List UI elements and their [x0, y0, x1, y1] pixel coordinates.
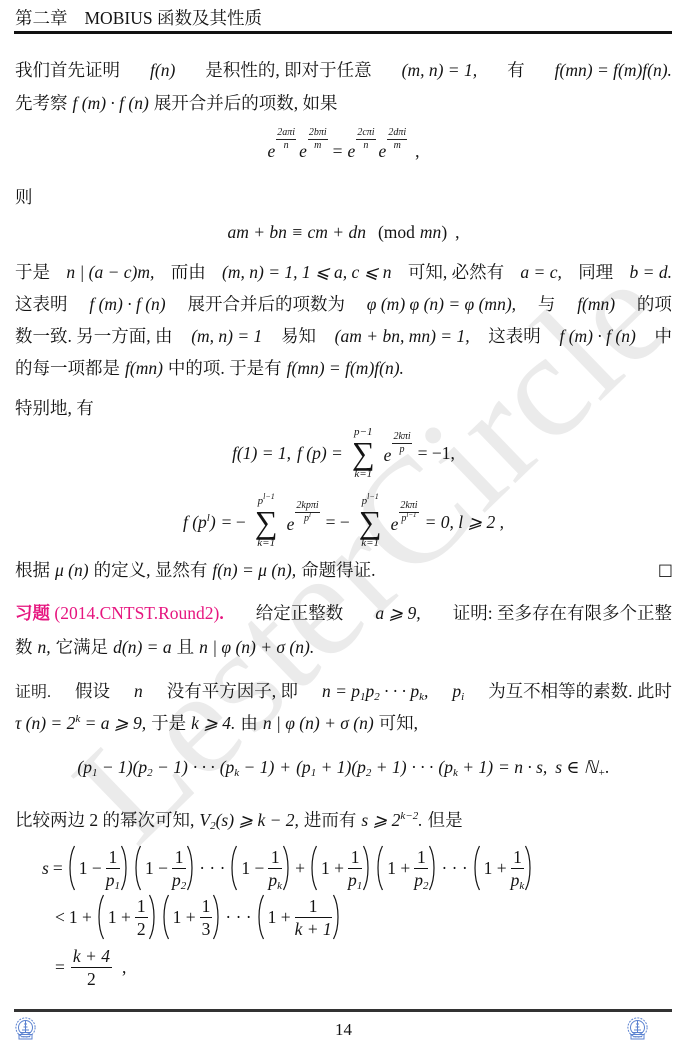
sum-symbol: ∑ — [352, 438, 375, 468]
text-segment: 则 — [15, 184, 33, 210]
mod-open: (mod — [378, 222, 415, 243]
den-base: p — [348, 870, 357, 890]
factor-close: + 1) — [316, 757, 351, 777]
exp-term: e2bπim — [299, 137, 328, 162]
den-base: p — [414, 870, 423, 890]
text-segment: 可知, — [379, 710, 418, 736]
factor-open: (p — [220, 757, 235, 777]
text-segment: 进而有 — [304, 807, 357, 833]
exp-base: e — [384, 445, 392, 465]
equation-s-row-1: s = 1 −1p1 1 −1p2 · · · 1 −1pk + 1 +1p1 … — [42, 843, 533, 893]
left-paren — [96, 894, 105, 940]
text-segment: 假设 — [75, 678, 110, 704]
text-segment: 的定义, 显然有 — [94, 557, 208, 583]
math-inline: V2(s) ⩾ k − 2, — [199, 807, 299, 833]
math-inline: (m, n) = 1, — [402, 57, 477, 83]
right-paren — [212, 894, 221, 940]
numerator: 2kpπi — [295, 501, 319, 513]
exp-base: e — [348, 141, 356, 161]
sum-lower-limit: k=1 — [257, 537, 275, 549]
left-paren — [375, 845, 384, 891]
exp-fraction: 2bπim — [308, 128, 328, 151]
math-inline: f(mn) = f(m)f(n). — [555, 57, 672, 83]
denominator: p1 — [348, 869, 362, 890]
punctuation: , — [122, 957, 126, 978]
qed-box: □ — [658, 558, 673, 582]
text-segment: 它满足 — [56, 634, 109, 660]
factor: 1 +1p1 — [309, 845, 371, 891]
math-inline: n = p1p2 · · · pk, — [322, 678, 428, 704]
numerator: 1 — [106, 847, 120, 869]
right-paren — [362, 845, 371, 891]
factor: 1 +1k + 1 — [256, 894, 341, 940]
math-expression: f (pl) — [183, 512, 216, 533]
text-segment: 我们首先证明 — [15, 57, 120, 83]
exp-fraction: 2cπin — [356, 128, 375, 151]
right-paren — [186, 845, 195, 891]
exercise-label-dot: . — [219, 603, 223, 623]
denominator: p1 — [106, 869, 120, 890]
text-segment: 证明: 至多存在有限多个正整 — [453, 600, 672, 626]
exp-fraction: 2aπin — [276, 128, 296, 151]
equation-product-identity: (p1 − 1)(p2 − 1)· · ·(pk − 1)+(p1 + 1)(p… — [15, 757, 672, 783]
numerator: 1 — [295, 896, 332, 918]
intro-line-2: 先考察 f (m) · f (n) 展开合并后的项数, 如果 — [15, 90, 672, 116]
relation: = − — [326, 512, 350, 533]
factor-open: (p — [296, 757, 311, 777]
numerator: 1 — [511, 847, 525, 869]
factor-open: (p — [133, 757, 148, 777]
math-inline: a ⩾ 9, — [375, 600, 420, 626]
intro-line-1: 我们首先证明 f(n) 是积性的, 即对于任意 (m, n) = 1, 有 f(… — [15, 57, 672, 83]
numerator: 1 — [414, 847, 428, 869]
relation: = − — [222, 512, 246, 533]
factor-close: − 1) — [153, 757, 188, 777]
right-paren — [428, 845, 437, 891]
factor: 1 +12 — [96, 894, 157, 940]
equation-exponential-identity: e2aπin e2bπim = e2cπin e2dπim , — [15, 137, 672, 167]
factor-sign: 1 + — [108, 907, 131, 928]
text-segment: 先考察 — [15, 90, 68, 116]
ellipsis: · · · — [199, 858, 225, 879]
text-segment: 没有平方因子, 即 — [167, 678, 298, 704]
fraction: 13 — [200, 896, 213, 939]
math-inline: f(mn) — [125, 355, 163, 381]
factor-open: (p — [351, 757, 366, 777]
right-paren — [524, 845, 533, 891]
math-inline: d(n) = a — [113, 634, 171, 660]
denominator: m — [308, 140, 328, 151]
sum-lower-limit: k=1 — [361, 537, 379, 549]
left-paren — [256, 894, 265, 940]
math-inline: n | φ (n) + σ (n). — [199, 634, 314, 660]
factor: 1 +1pk — [472, 845, 534, 891]
factor-sign: 1 + — [268, 907, 291, 928]
factor-sign: 1 − — [145, 858, 168, 879]
left-paren — [472, 845, 481, 891]
factor-sign: 1 + — [387, 858, 410, 879]
mod-variable: mn — [420, 222, 441, 243]
den-base: p — [172, 870, 181, 890]
factor-close: + 1) — [371, 757, 406, 777]
numerator: 1 — [348, 847, 362, 869]
equation-s-row-2: < 1 + 1 +12 1 +13 · · · 1 +1k + 1 — [55, 892, 341, 942]
exercise-line-2: 数 n, 它满足 d(n) = a 且 n | φ (n) + σ (n). — [15, 634, 672, 660]
math-inline: n | φ (n) + σ (n) — [263, 710, 374, 736]
denominator: 2 — [71, 968, 112, 989]
exp-fraction: 2kπip — [392, 432, 411, 455]
numerator: 2aπi — [276, 128, 296, 140]
text-segment: 同理 — [578, 259, 613, 285]
exercise-heading: 习题 (2014.CNTST.Round2). — [15, 600, 224, 626]
para1-line-4: 的每一项都是 f(mn) 中的项. 于是有 f(mn) = f(m)f(n). — [15, 355, 672, 381]
denominator: 3 — [200, 918, 213, 939]
exp-term: e2kpπipl — [287, 510, 320, 535]
chapter-label: 第二章 — [15, 8, 68, 28]
chapter-title: MOBIUS 函数及其性质 — [85, 8, 262, 28]
factor: 1 +1p2 — [375, 845, 437, 891]
numerator: 1 — [172, 847, 186, 869]
factor-open: (p — [438, 757, 453, 777]
math-expression: (p1 − 1)(p2 − 1)· · ·(pk − 1)+(p1 + 1)(p… — [77, 757, 609, 778]
fraction: 1p2 — [172, 847, 186, 890]
left-paren — [309, 845, 318, 891]
right-paren — [120, 845, 129, 891]
numerator: 1 — [268, 847, 282, 869]
text-segment: 而由 — [171, 259, 206, 285]
math-expression: f (p) = — [297, 443, 343, 464]
fraction: 1pk — [268, 847, 282, 890]
text-segment: 的项 — [637, 291, 672, 317]
math-part: = a ⩾ 9, — [80, 713, 146, 733]
lhs-open: f (p — [183, 512, 207, 532]
math-part: · · · p — [380, 681, 419, 701]
factor-sign: 1 + — [321, 858, 344, 879]
factor: 1 −1p2 — [133, 845, 195, 891]
text-segment: 于是 — [15, 259, 50, 285]
math-inline: a = c, — [520, 259, 561, 285]
fraction: k + 42 — [71, 946, 112, 989]
para1-line-3: 数一致. 另一方面, 由 (m, n) = 1 易知 (am + bn, mn)… — [15, 323, 672, 349]
math-inline: n, — [38, 634, 51, 660]
math-inline: (m, n) = 1, 1 ⩽ a, c ⩽ n — [222, 259, 391, 285]
text-segment: 且 — [177, 634, 195, 660]
text-segment: 有 — [507, 57, 525, 83]
text-segment: 命题得证. — [301, 557, 375, 583]
summation: pl−1∑k=1 — [255, 495, 278, 549]
math-expression: = −1, — [418, 443, 455, 464]
equation-congruence: am + bn ≡ cm + dn (mod mn) , — [15, 222, 672, 248]
text-segment: 中 — [654, 323, 672, 349]
math-inline: f(n) — [150, 57, 175, 83]
fraction: 1pk — [511, 847, 525, 890]
special-case-intro: 特别地, 有 — [15, 395, 672, 421]
header-rule — [14, 31, 672, 34]
text-segment: 展开合并后的项数, 如果 — [154, 90, 338, 116]
denominator: p2 — [172, 869, 186, 890]
math-inline: s ⩾ 2k−2. — [361, 807, 422, 833]
text-segment: 易知 — [281, 323, 316, 349]
exp-term: e2kπip — [384, 441, 412, 466]
math-part: s ⩾ 2 — [361, 810, 400, 830]
denominator: n — [356, 140, 375, 151]
math-expression: f(1) = 1, — [232, 443, 291, 464]
math-inline: μ (n) — [55, 557, 89, 583]
math-inline: (m, n) = 1 — [191, 323, 262, 349]
fraction: 1p1 — [348, 847, 362, 890]
rhs: = n · s, — [498, 757, 547, 777]
denominator: n — [276, 140, 296, 151]
plus-sign: + — [279, 757, 291, 777]
text-segment: 特别地, 有 — [15, 395, 94, 421]
footer-rule — [14, 1009, 672, 1012]
text-segment: 的每一项都是 — [15, 355, 120, 381]
text-segment: 展开合并后的项数为 — [187, 291, 345, 317]
factor: 1 +13 — [161, 894, 222, 940]
exp-term: e2aπin — [268, 137, 297, 162]
relation: = — [53, 858, 63, 879]
summation: p−1∑k=1 — [352, 426, 375, 480]
text-segment: 比较两边 2 的幂次可知, — [15, 807, 194, 833]
math-inline: f (m) · f (n) — [73, 90, 149, 116]
proof-label: 证明. — [15, 680, 51, 706]
exercise-line-1: 习题 (2014.CNTST.Round2). 给定正整数 a ⩾ 9, 证明:… — [15, 600, 672, 626]
math-expression: = 0, l ⩾ 2 , — [425, 512, 504, 533]
denominator: pk — [511, 869, 525, 890]
math-inline: f (m) · f (n) — [559, 323, 635, 349]
math-part: . — [418, 810, 422, 830]
exp-base: e — [287, 514, 295, 534]
equation-s-row-3: = k + 42 , — [55, 942, 126, 992]
numerator: 2bπi — [308, 128, 328, 140]
proof-line-1: 证明. 假设 n 没有平方因子, 即 n = p1p2 · · · pk, pi… — [15, 678, 672, 704]
math-part: τ (n) = 2 — [15, 713, 75, 733]
math-part: V — [199, 810, 210, 830]
exercise-label: 习题 — [15, 603, 50, 623]
factor: 1 −1p1 — [67, 845, 129, 891]
punctuation: , — [455, 222, 459, 243]
text-segment: 数一致. 另一方面, 由 — [15, 323, 173, 349]
factor-sign: 1 + — [173, 907, 196, 928]
text-segment: 于是 — [151, 710, 186, 736]
summation: pl−1∑k=1 — [359, 495, 382, 549]
left-paren — [229, 845, 238, 891]
text-segment: 可知, 必然有 — [408, 259, 504, 285]
ellipsis: · · · — [193, 757, 215, 777]
numerator: 2dπi — [387, 128, 407, 140]
exp-fraction: 2kpπipl — [295, 501, 319, 524]
superscript: k−2 — [400, 810, 418, 822]
university-emblem-icon — [626, 1017, 649, 1043]
mod-close: ) — [441, 222, 447, 243]
exp-base: e — [268, 141, 276, 161]
fraction: 1k + 1 — [295, 896, 332, 939]
factor-close: − 1) — [97, 757, 132, 777]
numerator: k + 4 — [71, 946, 112, 968]
fraction: 1p2 — [414, 847, 428, 890]
relation: < — [55, 907, 65, 928]
factor-sign: 1 + — [484, 858, 507, 879]
text-segment: 根据 — [15, 557, 50, 583]
math-inline: f(n) = μ (n), — [212, 557, 296, 583]
relation: = — [333, 141, 343, 162]
factor: 1 −1pk — [229, 845, 291, 891]
math-inline: φ (m) φ (n) = φ (mn), — [367, 291, 516, 317]
equation-f-of-p: f(1) = 1, f (p) = p−1∑k=1 e2kπip = −1, — [15, 420, 672, 486]
math-inline: f (m) · f (n) — [89, 291, 165, 317]
exp-base: e — [299, 141, 307, 161]
ellipsis: · · · — [441, 858, 467, 879]
math-inline: pi — [452, 678, 464, 704]
sum-symbol: ∑ — [359, 507, 382, 537]
denominator: pk — [268, 869, 282, 890]
then-line: 则 — [15, 184, 672, 210]
exp-term: e2dπim — [379, 137, 408, 162]
punctuation: , — [415, 141, 419, 162]
lead-term: 1 + — [69, 907, 92, 928]
factor-sign: 1 − — [79, 858, 102, 879]
left-paren — [67, 845, 76, 891]
math-inline: f(mn) = f(m)f(n). — [287, 355, 404, 381]
numerator: 1 — [200, 896, 213, 918]
exp-base: e — [391, 514, 399, 534]
running-header: 第二章MOBIUS 函数及其性质 — [15, 5, 262, 31]
math-inline: (am + bn, mn) = 1, — [335, 323, 470, 349]
numerator: 1 — [135, 896, 148, 918]
factor-close: − 1) — [239, 757, 274, 777]
condition: s ∈ ℕ — [555, 757, 598, 777]
para1-line-1: 于是 n | (a − c)m, 而由 (m, n) = 1, 1 ⩽ a, c… — [15, 259, 672, 285]
math-inline: f(mn) — [577, 291, 615, 317]
compare-line: 比较两边 2 的幂次可知, V2(s) ⩾ k − 2, 进而有 s ⩾ 2k−… — [15, 807, 672, 833]
left-paren — [161, 894, 170, 940]
numerator: 2cπi — [356, 128, 375, 140]
page-number: 14 — [0, 1018, 687, 1042]
text-segment: 中的项. 于是有 — [168, 355, 282, 381]
text-segment: 是积性的, 即对于任意 — [205, 57, 371, 83]
sum-symbol: ∑ — [255, 507, 278, 537]
math-inline: n | (a − c)m, — [66, 259, 154, 285]
math-part: p — [452, 681, 461, 701]
ellipsis: · · · — [225, 907, 251, 928]
text-segment: 给定正整数 — [256, 600, 344, 626]
factor-open: (p — [77, 757, 92, 777]
numerator: 2kπi — [392, 432, 411, 444]
right-paren — [148, 894, 157, 940]
math-inline: k ⩾ 4. — [191, 710, 235, 736]
para1-line-2: 这表明 f (m) · f (n) 展开合并后的项数为 φ (m) φ (n) … — [15, 291, 672, 317]
exp-term: e2cπin — [348, 137, 376, 162]
text-segment: 由 — [240, 710, 258, 736]
ellipsis: · · · — [412, 757, 434, 777]
exercise-source: (2014.CNTST.Round2) — [54, 603, 219, 623]
exp-fraction: 2dπim — [387, 128, 407, 151]
lhs-variable: s — [42, 858, 49, 879]
subscript: i — [461, 691, 464, 703]
denominator: pl−1 — [399, 513, 418, 524]
math-inline: τ (n) = 2k = a ⩾ 9, — [15, 710, 146, 736]
right-paren — [282, 845, 291, 891]
text-segment: 但是 — [428, 807, 463, 833]
exp-term: e2kπipl−1 — [391, 510, 419, 535]
text-segment: 这表明 — [15, 291, 68, 317]
exp-fraction: 2kπipl−1 — [399, 501, 418, 524]
math-part: (s) ⩾ k − 2, — [216, 810, 299, 830]
fraction: 1p1 — [106, 847, 120, 890]
denominator: p2 — [414, 869, 428, 890]
exp-base: e — [379, 141, 387, 161]
text-segment: 为互不相等的素数. 此时 — [488, 678, 672, 704]
proof-line-2: τ (n) = 2k = a ⩾ 9, 于是 k ⩾ 4. 由 n | φ (n… — [15, 710, 672, 736]
text-segment: 这表明 — [488, 323, 541, 349]
denominator: k + 1 — [295, 918, 332, 939]
denominator: 2 — [135, 918, 148, 939]
math-inline: n — [134, 678, 143, 704]
den-exponent: l−1 — [406, 511, 416, 519]
denominator: m — [387, 140, 407, 151]
den-base: p — [268, 870, 277, 890]
lhs-close: ) — [210, 512, 216, 532]
plus-sign: + — [295, 858, 305, 879]
denominator: p — [392, 444, 411, 455]
text-segment: 与 — [538, 291, 556, 317]
left-paren — [133, 845, 142, 891]
conclusion-line: 根据 μ (n) 的定义, 显然有 f(n) = μ (n), 命题得证. — [15, 557, 672, 583]
math-expression: am + bn ≡ cm + dn — [227, 222, 365, 243]
math-part: n = p — [322, 681, 360, 701]
limit-exponent: l−1 — [367, 492, 379, 501]
fraction: 12 — [135, 896, 148, 939]
right-paren — [332, 894, 341, 940]
equation-f-of-p-power: f (pl) = − pl−1∑k=1 e2kpπipl = − pl−1∑k=… — [15, 487, 672, 557]
denominator: pl — [295, 513, 319, 524]
sum-lower-limit: k=1 — [354, 468, 372, 480]
factor-sign: 1 − — [241, 858, 264, 879]
math-inline: b = d. — [630, 259, 672, 285]
factor-close: + 1) — [458, 757, 493, 777]
text-segment: 数 — [15, 634, 33, 660]
math-part: p — [366, 681, 375, 701]
den-exponent: l — [309, 511, 311, 519]
limit-exponent: l−1 — [263, 492, 275, 501]
relation: = — [55, 957, 65, 978]
math-part: , — [424, 681, 428, 701]
punctuation: . — [605, 757, 609, 777]
